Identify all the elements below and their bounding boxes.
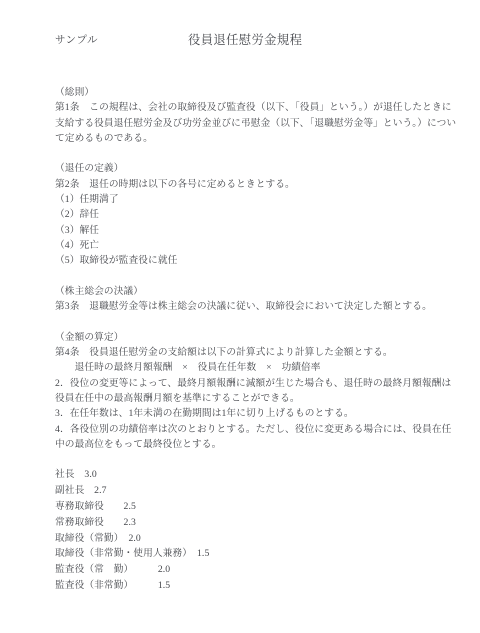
- table-row: 取締役（非常勤・使用人兼務） 1.5: [55, 546, 462, 562]
- coefficient-value: 3.0: [84, 469, 96, 480]
- table-row: 取締役（常勤） 2.0: [55, 531, 462, 547]
- coefficient-value: 2.0: [158, 564, 170, 575]
- sample-label: サンプル: [55, 33, 98, 49]
- document-section: （金額の算定）第4条 役員退任慰労金の支給額は以下の計算式により計算した金額とす…: [55, 330, 462, 452]
- position-label: 取締役（非常勤・使用人兼務）: [55, 548, 187, 559]
- text-line: 役員在任中の最高報酬月額を基準にすることができる。: [55, 391, 462, 406]
- text-line: （3）解任: [55, 223, 462, 238]
- position-label: 副社長: [55, 485, 84, 496]
- table-row: 副社長 2.7: [55, 483, 462, 499]
- text-line: （4）死亡: [55, 238, 462, 253]
- document-header: サンプル 役員退任慰労金規程: [55, 33, 462, 49]
- text-line: 中の最高位をもって最終役位とする。: [55, 437, 462, 452]
- text-line: 第4条 役員退任慰労金の支給額は以下の計算式により計算した金額とする。: [55, 345, 462, 360]
- coefficient-value: 2.5: [124, 501, 136, 512]
- section-heading: （総則）: [55, 85, 462, 100]
- table-row: 監査役（非常勤） 1.5: [55, 578, 462, 594]
- text-line: 2．役位の変更等によって、最終月額報酬に減額が生じた場合も、退任時の最終月額報酬…: [55, 376, 462, 391]
- table-row: 監査役（常 勤） 2.0: [55, 562, 462, 578]
- document-body: （総則）第1条 この規程は、会社の取締役及び監査役（以下、「役員」という。）が退…: [55, 85, 462, 594]
- coefficient-value: 1.5: [158, 580, 170, 591]
- position-label: 監査役（常 勤）: [55, 564, 128, 575]
- coefficient-value: 2.3: [124, 517, 136, 528]
- table-row: 専務取締役 2.5: [55, 499, 462, 515]
- position-label: 専務取締役: [55, 501, 104, 512]
- text-line: 退任時の最終月額報酬 × 役員在任年数 × 功績倍率: [55, 360, 462, 375]
- table-row: 社長 3.0: [55, 467, 462, 483]
- position-label: 常務取締役: [55, 517, 104, 528]
- table-row: 常務取締役 2.3: [55, 515, 462, 531]
- text-line: （2）辞任: [55, 207, 462, 222]
- coefficient-value: 1.5: [197, 548, 209, 559]
- document-page: サンプル 役員退任慰労金規程 （総則）第1条 この規程は、会社の取締役及び監査役…: [0, 0, 480, 633]
- text-line: 第2条 退任の時期は以下の各号に定めるときとする。: [55, 177, 462, 192]
- text-line: 4．各役位別の功績倍率は次のとおりとする。ただし、役位に変更ある場合には、役員在…: [55, 422, 462, 437]
- coefficient-table: 社長 3.0副社長 2.7専務取締役 2.5常務取締役 2.3取締役（常勤） 2…: [55, 467, 462, 593]
- text-line: て定めるものである。: [55, 131, 462, 146]
- text-line: （1）任期満了: [55, 192, 462, 207]
- coefficient-value: 2.7: [94, 485, 106, 496]
- position-label: 取締役（常勤）: [55, 533, 119, 544]
- document-section: （総則）第1条 この規程は、会社の取締役及び監査役（以下、「役員」という。）が退…: [55, 85, 462, 146]
- section-heading: （金額の算定）: [55, 330, 462, 345]
- text-line: 3．在任年数は、1年未満の在勤期間は1年に切り上げるものとする。: [55, 406, 462, 421]
- section-heading: （株主総会の決議）: [55, 284, 462, 299]
- coefficient-value: 2.0: [128, 533, 140, 544]
- text-line: 支給する役員退任慰労金及び功労金並びに弔慰金（以下、「退職慰労金等」という。）に…: [55, 116, 462, 131]
- document-section: （株主総会の決議）第3条 退職慰労金等は株主総会の決議に従い、取締役会において決…: [55, 284, 462, 315]
- sections-container: （総則）第1条 この規程は、会社の取締役及び監査役（以下、「役員」という。）が退…: [55, 85, 462, 452]
- page-title: 役員退任慰労金規程: [188, 32, 302, 48]
- text-line: 第3条 退職慰労金等は株主総会の決議に従い、取締役会において決定した額とする。: [55, 299, 462, 314]
- text-line: （5）取締役が監査役に就任: [55, 253, 462, 268]
- position-label: 社長: [55, 469, 75, 480]
- position-label: 監査役（非常勤）: [55, 580, 128, 591]
- document-section: （退任の定義）第2条 退任の時期は以下の各号に定めるときとする。（1）任期満了（…: [55, 161, 462, 268]
- text-line: 第1条 この規程は、会社の取締役及び監査役（以下、「役員」という。）が退任したと…: [55, 100, 462, 115]
- section-heading: （退任の定義）: [55, 161, 462, 176]
